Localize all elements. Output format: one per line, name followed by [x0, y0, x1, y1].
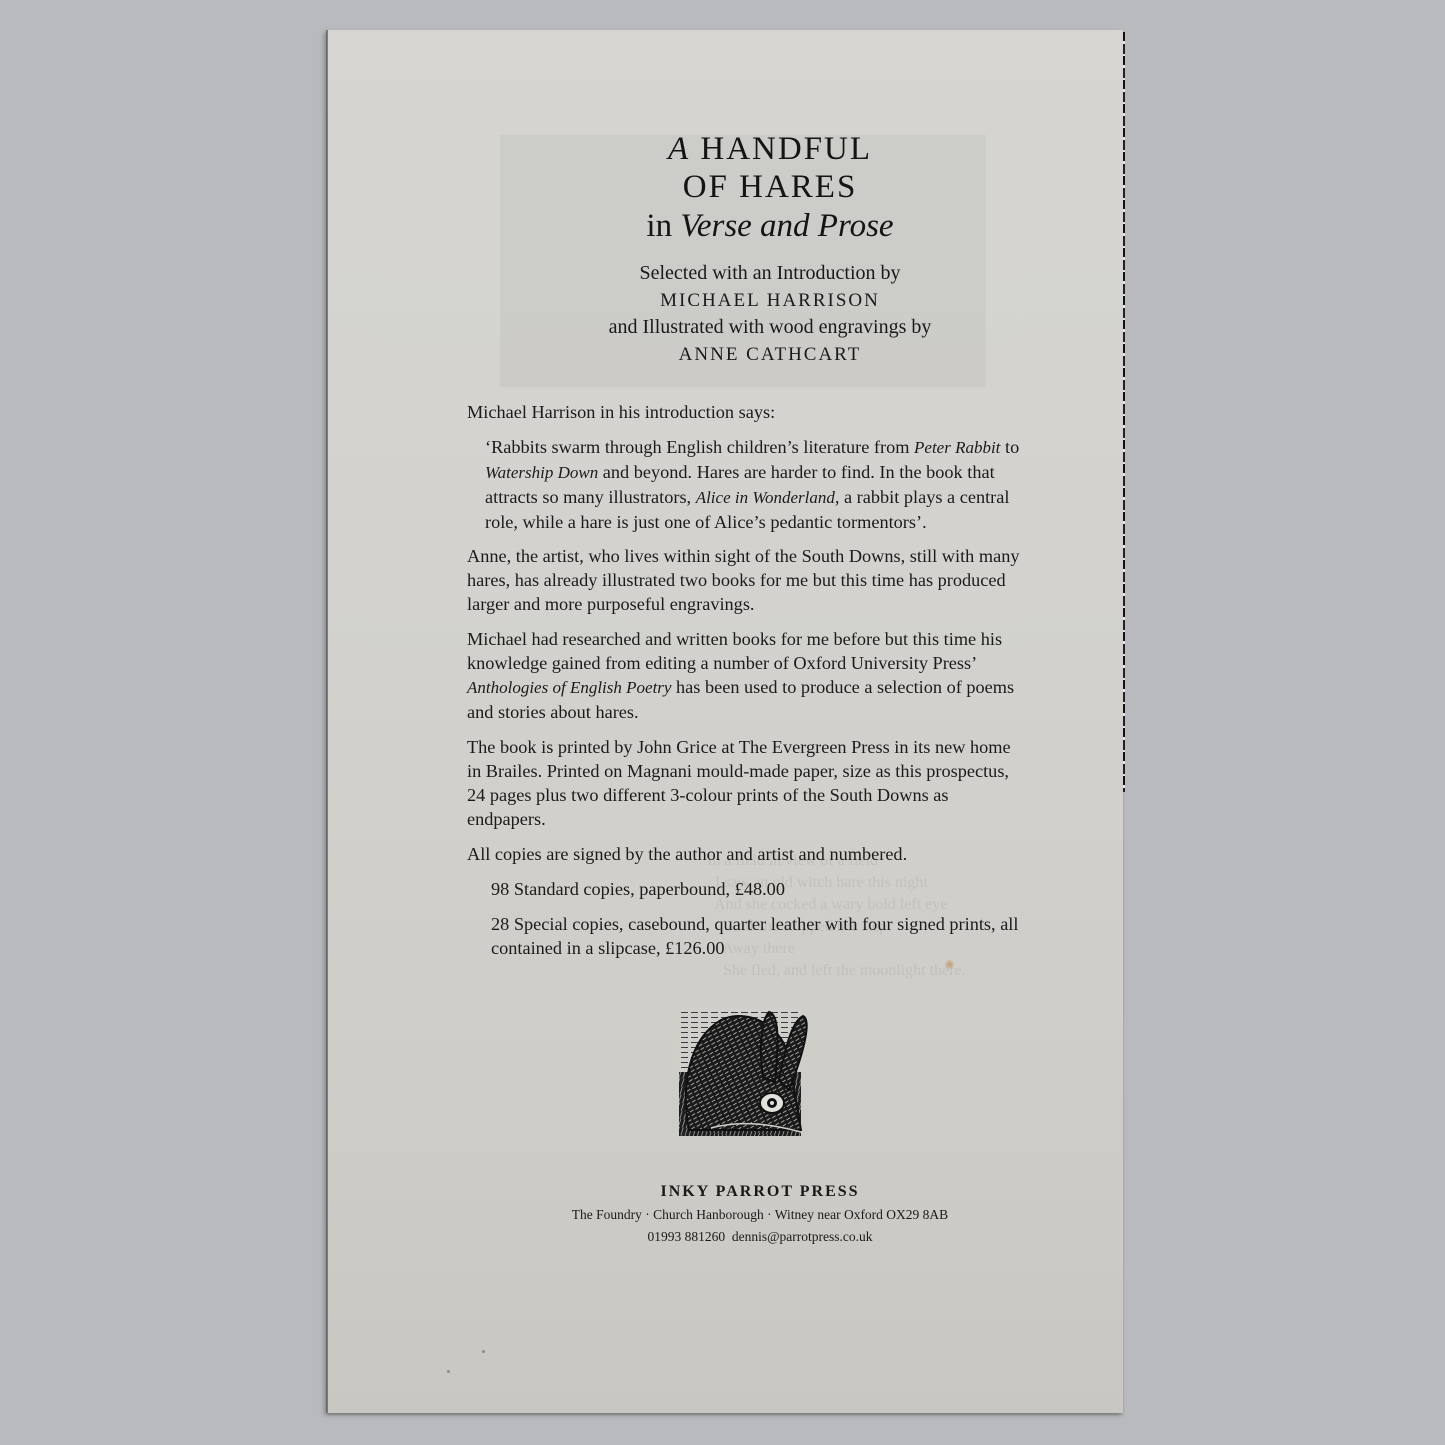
- artist-name: ANNE CATHCART: [417, 341, 1123, 368]
- book-title-peter-rabbit: Peter Rabbit: [914, 438, 1000, 457]
- publisher-contact: 01993 881260 dennis@parrotpress.co.uk: [397, 1226, 1123, 1248]
- publisher-footer: INKY PARROT PRESS The Foundry · Church H…: [327, 1180, 1123, 1248]
- quote-text: to: [1000, 437, 1019, 457]
- selected-by-label: Selected with an Introduction by: [417, 260, 1123, 287]
- book-title-line-2: OF HARES: [417, 168, 1123, 206]
- subtitle-in: in: [646, 208, 672, 244]
- title-block: A HANDFUL OF HARES in Verse and Prose Se…: [327, 130, 1123, 368]
- prospectus-sheet: In a field in view of a field I saw an o…: [327, 30, 1123, 1413]
- title-prefix: A: [668, 131, 690, 167]
- subtitle-rest: Verse and Prose: [680, 208, 893, 244]
- prospectus-body: Michael Harrison in his introduction say…: [467, 400, 1027, 971]
- paper-stain: [945, 960, 954, 969]
- quote-text: ‘Rabbits swarm through English children’…: [485, 437, 914, 457]
- illustrated-by-label: and Illustrated with wood engravings by: [417, 314, 1123, 341]
- paper-speck: [482, 1350, 485, 1353]
- hare-engraving-icon: [651, 1000, 831, 1140]
- publisher-address: The Foundry · Church Hanborough · Witney…: [397, 1204, 1123, 1226]
- perforated-edge: [1123, 32, 1125, 792]
- title-word: HANDFUL: [700, 131, 872, 167]
- publisher-phone: 01993 881260: [647, 1229, 725, 1244]
- intro-lead: Michael Harrison in his introduction say…: [467, 400, 1027, 424]
- introduction-quote: ‘Rabbits swarm through English children’…: [467, 435, 1027, 534]
- editor-paragraph: Michael had researched and written books…: [467, 627, 1027, 724]
- anthology-title: Anthologies of English Poetry: [467, 678, 671, 697]
- paper-speck: [447, 1370, 450, 1373]
- book-title-alice: Alice in Wonderland: [696, 488, 835, 507]
- book-title-watership-down: Watership Down: [485, 463, 598, 482]
- publisher-name: INKY PARROT PRESS: [397, 1180, 1123, 1204]
- artist-paragraph: Anne, the artist, who lives within sight…: [467, 544, 1027, 616]
- author-name: MICHAEL HARRISON: [417, 287, 1123, 314]
- edition-special: 28 Special copies, casebound, quarter le…: [467, 912, 1027, 960]
- edition-standard: 98 Standard copies, paperbound, £48.00: [467, 877, 1027, 901]
- printing-paragraph: The book is printed by John Grice at The…: [467, 735, 1027, 831]
- book-title-line-1: A HANDFUL: [417, 130, 1123, 168]
- publisher-email: dennis@parrotpress.co.uk: [732, 1229, 873, 1244]
- paragraph-text: Michael had researched and written books…: [467, 629, 1002, 673]
- book-subtitle: in Verse and Prose: [417, 206, 1123, 246]
- signed-note: All copies are signed by the author and …: [467, 842, 1027, 866]
